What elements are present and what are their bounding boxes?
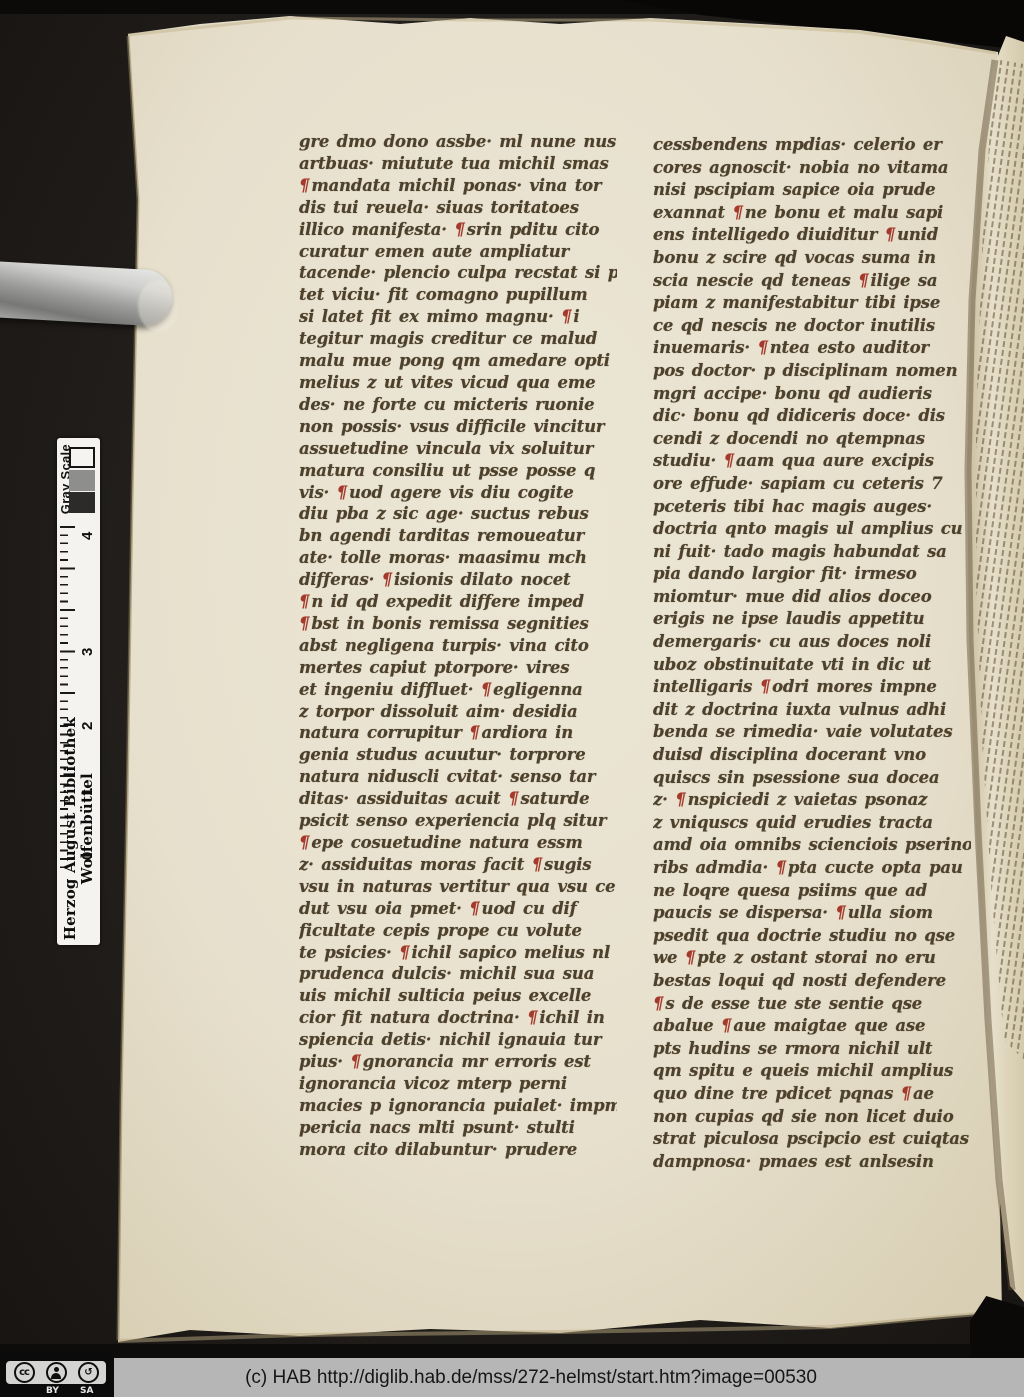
manuscript-line: z· assiduitas moras facit ¶sugis (299, 854, 617, 876)
manuscript-line: mora cito dilabuntur· prudere (299, 1139, 617, 1161)
manuscript-line: abst negligena turpis· vina cito (299, 635, 617, 657)
manuscript-line: abalue ¶aue maigtae que ase (653, 1015, 971, 1038)
manuscript-line: intelligaris ¶odri mores impne (653, 676, 971, 699)
manuscript-line: pts hudins se rmora nichil ult (653, 1038, 971, 1061)
ruler-number-3: 3 (79, 640, 95, 656)
manuscript-line: pceteris tibi hac magis auges· (653, 496, 971, 519)
manuscript-line: qm spitu e queis michil amplius (653, 1060, 971, 1083)
rubric-mark: ¶ (757, 338, 767, 357)
manuscript-line: non cupias qd sie non licet duio (653, 1106, 971, 1129)
swatch-black (69, 492, 95, 513)
caption-bar: (c) HAB http://diglib.hab.de/mss/272-hel… (0, 1358, 1024, 1397)
manuscript-line: natura niduscli cvitat· senso tar (299, 766, 617, 788)
rubric-mark: ¶ (508, 789, 518, 808)
rubric-mark: ¶ (885, 225, 895, 244)
manuscript-line: piam z manifestabitur tibi ipse (653, 292, 971, 315)
manuscript-line: dampnosa· pmaes est anlsesin (653, 1151, 971, 1174)
manuscript-line: macies p ignorancia puialet· impm (299, 1095, 617, 1117)
manuscript-line: z torpor dissoluit aim· desidia (299, 701, 617, 723)
manuscript-line: exannat ¶ne bonu et malu sapi (653, 202, 971, 225)
rubric-mark: ¶ (835, 903, 845, 922)
rubric-mark: ¶ (382, 570, 392, 589)
manuscript-line: bonu z scire qd vocas suma in (653, 247, 971, 270)
cc-sa-label: SA (80, 1386, 93, 1396)
rubric-mark: ¶ (299, 176, 309, 195)
manuscript-line: bn agendi tarditas remoueatur (299, 525, 617, 547)
manuscript-line: diu pba z sic age· suctus rebus (299, 503, 617, 525)
manuscript-line: psicit senso experiencia plq situr (299, 810, 617, 832)
rubric-mark: ¶ (721, 1016, 731, 1035)
rubric-mark: ¶ (685, 948, 695, 967)
manuscript-line: ate· tolle moras· maasimu mch (299, 547, 617, 569)
cc-logo-icon: cc (14, 1362, 35, 1383)
rubric-mark: ¶ (350, 1052, 360, 1071)
rubric-mark: ¶ (481, 680, 491, 699)
manuscript-line: we ¶pte z ostant storai no eru (653, 947, 971, 970)
gray-scale-card: Gray Scale 4 3 2 1 0 Herzog August Bibli… (57, 438, 100, 945)
manuscript-line: ditas· assiduitas acuit ¶saturde (299, 788, 617, 810)
manuscript-line: demergaris· cu aus doces noli (653, 631, 971, 654)
swatch-white (69, 447, 95, 468)
manuscript-line: pos doctor· p disciplinam nomen (653, 360, 971, 383)
manuscript-line: ¶n id qd expedit differe imped (299, 591, 617, 613)
manuscript-line: paucis se dispersa· ¶ulla siom (653, 902, 971, 925)
manuscript-line: dut vsu oia pmet· ¶uod cu dif (299, 898, 617, 920)
clip-translucent-tip (138, 280, 178, 332)
manuscript-line: ficultate cepis prope cu volute (299, 920, 617, 942)
manuscript-line: psedit qua doctrie studiu no qse (653, 925, 971, 948)
rubric-mark: ¶ (527, 1008, 537, 1027)
rubric-mark: ¶ (469, 899, 479, 918)
manuscript-line: ne loqre quesa psiims que ad (653, 880, 971, 903)
rubric-mark: ¶ (299, 833, 309, 852)
manuscript-line: ni fuit· tado magis habundat sa (653, 541, 971, 564)
manuscript-line: dic· bonu qd didiceris doce· dis (653, 405, 971, 428)
manuscript-line: ¶mandata michil ponas· vina tor (299, 175, 617, 197)
manuscript-line: quo dine tre pdicet pqnas ¶ae (653, 1083, 971, 1106)
manuscript-line: nisi pscipiam sapice oia prude (653, 179, 971, 202)
cc-license-badge: cc ↺ BY SA (0, 1353, 114, 1397)
manuscript-line: curatur emen aute ampliatur (299, 241, 617, 263)
institution-line2: Wolfenbüttel (79, 717, 96, 940)
manuscript-line: prudenca dulcis· michil sua sua (299, 963, 617, 985)
manuscript-line: dis tui reuela· siuas toritatoes (299, 197, 617, 219)
cc-by-label: BY (46, 1386, 59, 1396)
rubric-mark: ¶ (653, 994, 663, 1013)
rubric-mark: ¶ (760, 677, 770, 696)
rubric-mark: ¶ (561, 307, 571, 326)
manuscript-column-right: cessbendens mpdias· celerio ercores agno… (653, 134, 971, 1180)
photo-bottom-black-strip (0, 1344, 1024, 1358)
rubric-mark: ¶ (399, 943, 409, 962)
rubric-mark: ¶ (858, 271, 868, 290)
manuscript-line: uis michil sulticia peius excelle (299, 985, 617, 1007)
manuscript-line: ore effude· sapiam cu ceteris 7 (653, 473, 971, 496)
manuscript-line: vis· ¶uod agere vis diu cogite (299, 482, 617, 504)
manuscript-line: cendi z docendi no qtempnas (653, 428, 971, 451)
manuscript-line: quiscs sin psessione sua docea (653, 767, 971, 790)
manuscript-line: z vniquscs quid erudies tracta (653, 812, 971, 835)
rubric-mark: ¶ (469, 723, 479, 742)
manuscript-line: tegitur magis creditur ce malud (299, 328, 617, 350)
manuscript-line: differas· ¶isionis dilato nocet (299, 569, 617, 591)
cc-by-person-icon (46, 1362, 67, 1383)
person-icon (51, 1367, 61, 1379)
manuscript-line: pia dando largior fit· irmeso (653, 563, 971, 586)
cc-icon-strip: cc ↺ (4, 1359, 108, 1386)
manuscript-line: bestas loqui qd nosti defendere (653, 970, 971, 993)
manuscript-line: vsu in naturas vertitur qua vsu ce (299, 876, 617, 898)
manuscript-line: cior fit natura doctrina· ¶ichil in (299, 1007, 617, 1029)
manuscript-line: tet viciu· fit comagno pupillum (299, 284, 617, 306)
manuscript-line: uboz obstinuitate vti in dic ut (653, 654, 971, 677)
manuscript-line: tacende· plencio culpa recstat si pa (299, 262, 617, 284)
institution-line1: Herzog August Bibliothek (62, 717, 79, 940)
manuscript-line: spiencia detis· nichil ignauia tur (299, 1029, 617, 1051)
manuscript-line: malu mue pong qm amedare opti (299, 350, 617, 372)
manuscript-line: melius z ut vites vicud qua eme (299, 372, 617, 394)
rubric-mark: ¶ (532, 855, 542, 874)
manuscript-line: amd oia omnibs scienciois pserino (653, 834, 971, 857)
rubric-mark: ¶ (901, 1084, 911, 1103)
manuscript-line: assuetudine vincula vix soluitur (299, 438, 617, 460)
manuscript-line: non possis· vsus difficile vincitur (299, 416, 617, 438)
manuscript-line: illico manifesta· ¶srin pditu cito (299, 219, 617, 241)
manuscript-line: mgri accipe· bonu qd audieris (653, 383, 971, 406)
rubric-mark: ¶ (724, 451, 734, 470)
manuscript-line: mertes capiut ptorpore· vires (299, 657, 617, 679)
manuscript-line: ignorancia vicoz mterp perni (299, 1073, 617, 1095)
manuscript-line: studiu· ¶aam qua aure excipis (653, 450, 971, 473)
manuscript-line: z· ¶nspiciedi z vaietas psonaz (653, 789, 971, 812)
manuscript-line: te psicies· ¶ichil sapico melius nl (299, 942, 617, 964)
swatch-gray (69, 470, 95, 491)
manuscript-line: ens intelligedo diuiditur ¶unid (653, 224, 971, 247)
manuscript-line: ¶bst in bonis remissa segnities (299, 613, 617, 635)
ruler-number-4: 4 (79, 524, 95, 540)
institution-name: Herzog August Bibliothek Wolfenbüttel (62, 717, 96, 940)
cc-sa-arrow-icon: ↺ (78, 1362, 99, 1383)
manuscript-line: ¶epe cosuetudine natura essm (299, 832, 617, 854)
manuscript-column-left: gre dmo dono assbe· ml nune nusartbuas· … (299, 131, 617, 1167)
manuscript-line: inuemaris· ¶ntea esto auditor (653, 337, 971, 360)
manuscript-line: cessbendens mpdias· celerio er (653, 134, 971, 157)
manuscript-line: duisd disciplina docerant vno (653, 744, 971, 767)
manuscript-line: ¶s de esse tue ste sentie qse (653, 993, 971, 1016)
rubric-mark: ¶ (675, 790, 685, 809)
manuscript-line: dit z doctrina iuxta vulnus adhi (653, 699, 971, 722)
manuscript-line: scia nescie qd teneas ¶ilige sa (653, 270, 971, 293)
manuscript-line: artbuas· miutute tua michil smas (299, 153, 617, 175)
manuscript-line: si latet fit ex mimo magnu· ¶i (299, 306, 617, 328)
manuscript-line: des· ne forte cu micteris ruonie (299, 394, 617, 416)
manuscript-line: matura consiliu ut psse posse q (299, 460, 617, 482)
rubric-mark: ¶ (732, 203, 742, 222)
manuscript-line: pius· ¶gnorancia mr erroris est (299, 1051, 617, 1073)
manuscript-line: cores agnoscit· nobia no vitama (653, 157, 971, 180)
rubric-mark: ¶ (776, 858, 786, 877)
digitized-manuscript-viewer: Gray Scale 4 3 2 1 0 Herzog August Bibli… (0, 0, 1024, 1397)
manuscript-line: strat piculosa pscipcio est cuiqtas (653, 1128, 971, 1151)
manuscript-line: ce qd nescis ne doctor inutilis (653, 315, 971, 338)
manuscript-line: erigis ne ipse laudis appetitu (653, 608, 971, 631)
manuscript-line: et ingeniu diffluet· ¶egligenna (299, 679, 617, 701)
rubric-mark: ¶ (299, 592, 309, 611)
manuscript-line: pericia nacs mlti psunt· stulti (299, 1117, 617, 1139)
rubric-mark: ¶ (299, 614, 309, 633)
manuscript-line: ribs admdia· ¶pta cucte opta pau (653, 857, 971, 880)
manuscript-line: doctria qnto magis ul amplius cu (653, 518, 971, 541)
manuscript-line: natura corrupitur ¶ardiora in (299, 722, 617, 744)
manuscript-line: gre dmo dono assbe· ml nune nus (299, 131, 617, 153)
manuscript-line: genia studus acuutur· torprore (299, 744, 617, 766)
manuscript-line: benda se rimedia· vaie volutates (653, 721, 971, 744)
rubric-mark: ¶ (454, 220, 464, 239)
rubric-mark: ¶ (337, 483, 347, 502)
manuscript-line: miomtur· mue did alios doceo (653, 586, 971, 609)
caption-text: (c) HAB http://diglib.hab.de/mss/272-hel… (0, 1358, 1024, 1397)
